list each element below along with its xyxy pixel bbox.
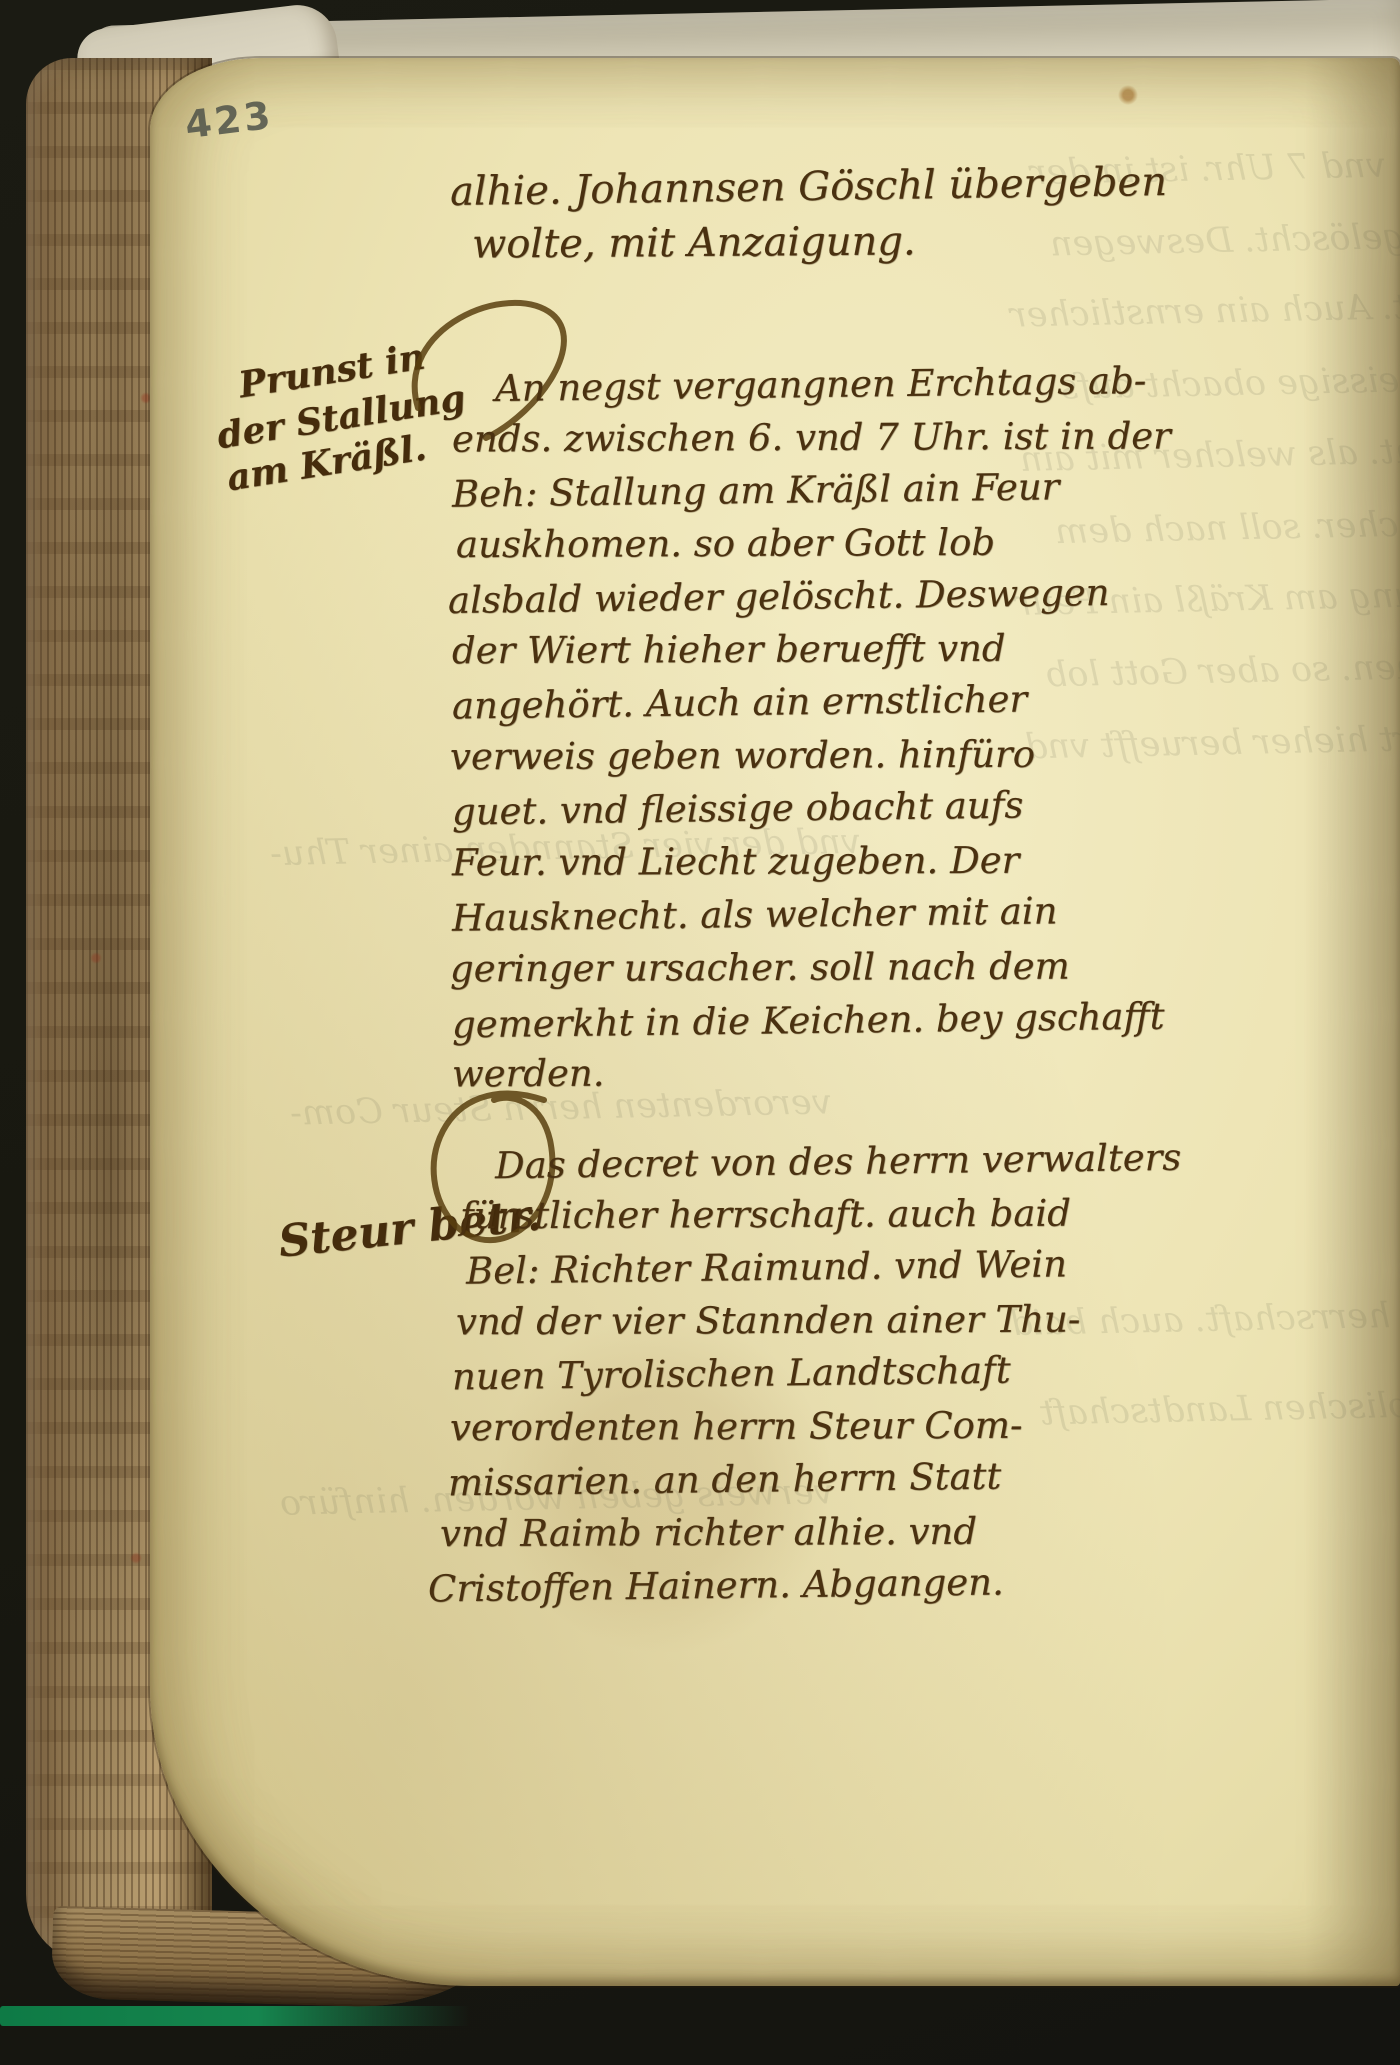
page-curvature-shadow [1305, 58, 1400, 1986]
manuscript-photo: ends. zwischen 6. vnd 7 Uhr. ist in der … [0, 0, 1400, 2065]
text-line: geringer ursacher. soll nach dem [450, 945, 1070, 991]
text-line: vnd Raimb richter alhie. vnd [440, 1510, 977, 1555]
text-line: Beh: Stallung am Kräßl ain Feur [452, 465, 1060, 515]
text-line: vnd der vier Stannden ainer Thu- [456, 1298, 1080, 1344]
text-line: auskhomen. so aber Gott lob [456, 521, 995, 566]
text-line: Hausknecht. als welcher mit ain [452, 889, 1058, 939]
text-line: An negst vergangnen Erchtags ab- [495, 359, 1147, 410]
manuscript-page: ends. zwischen 6. vnd 7 Uhr. ist in der … [150, 58, 1400, 1986]
text-line: Cristoffen Hainern. Abgangen. [428, 1560, 1004, 1610]
text-line: Feur. vnd Liecht zugeben. Der [452, 839, 1019, 884]
text-line: ends. zwischen 6. vnd 7 Uhr. ist in der [452, 414, 1171, 460]
table-edge-strip [0, 2006, 470, 2026]
text-line: verweis geben worden. hinfüro [450, 733, 1035, 779]
text-line: verordenten herrn Steur Com- [450, 1404, 1023, 1449]
heading-line: wolte, mit Anzaigung. [472, 218, 916, 267]
text-line: missarien. an den herrn Statt [448, 1455, 1002, 1505]
text-line: alsbald wieder gelöscht. Deswegen [448, 571, 1110, 622]
text-line: fürstlicher herrschaft. auch baid [460, 1192, 1071, 1238]
text-line: nuen Tyrolischen Landtschaft [452, 1349, 1011, 1399]
text-line: werden. [452, 1052, 605, 1096]
heading-line: alhie. Johannsen Göschl übergeben [450, 159, 1168, 215]
text-line: der Wiert hieher beruefft vnd [452, 627, 1006, 672]
folio-number: 423 [183, 93, 276, 147]
text-line: Das decret von des herrn verwalters [495, 1136, 1182, 1187]
text-line: gemerkht in die Keichen. bey gschafft [452, 995, 1165, 1047]
text-line: guet. vnd fleissige obacht aufs [452, 784, 1024, 834]
text-line: angehört. Auch ain ernstlicher [452, 677, 1028, 727]
text-line: Bel: Richter Raimund. vnd Wein [466, 1242, 1067, 1292]
